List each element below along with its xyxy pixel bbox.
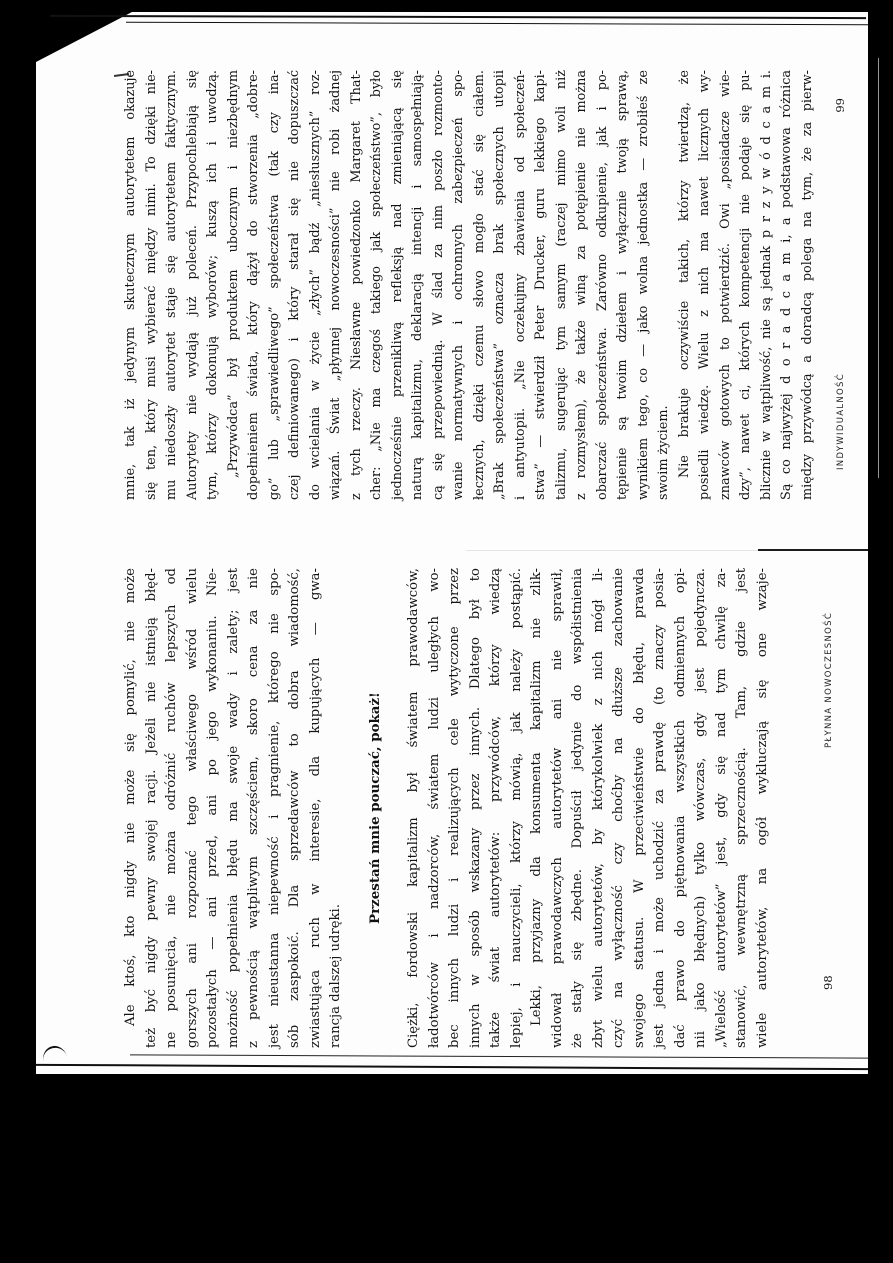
text-line: swoim życiem. (654, 70, 675, 500)
text-line: bec innych ludzi i realizujących cele wy… (445, 568, 466, 1048)
page-98-text-bottom: Ciężki, fordowski kapitalizm był światem… (404, 568, 773, 1048)
text-line: sób zaspokoić. Dla sprzedawców to dobra … (285, 568, 306, 1048)
page-edge-highlight (878, 58, 879, 478)
text-line: nii jako błędnych) tylko wówczas, gdy je… (691, 568, 712, 1048)
text-line: możność popełnienia błędu ma swoje wady … (224, 568, 245, 1048)
text-line: „Wielość autorytetów” jest, gdy się nad … (712, 568, 733, 1048)
text-line: stwa” — stwierdził Peter Drucker, guru l… (531, 70, 552, 500)
text-line: gorszych ani rozpoznać tego właściwego w… (183, 568, 204, 1048)
text-line: do wcielania w życie „złych” bądź „niesł… (306, 70, 327, 500)
text-line: Ciężki, fordowski kapitalizm był światem… (404, 568, 425, 1048)
text-line: tym, którzy dokonują wyborów; kuszą ich … (203, 70, 224, 500)
text-line: ne posunięcia, nie można odróżnić ruchów… (162, 568, 183, 1048)
text-line: zbyt wielu autorytetów, by którykolwiek … (589, 568, 610, 1048)
text-line: stanowić, wewnętrzną sprzecznością. Tam,… (732, 568, 753, 1048)
text-line: cą się przepowiednią. W ślad za nim posz… (429, 70, 450, 500)
text-line: Są co najwyżej d o r a d c a m i, a pods… (777, 70, 798, 500)
running-title: INDYWIDUALNOŚĆ (836, 373, 846, 470)
text-line: Ale ktoś, kto nigdy nie może się pomylić… (121, 568, 142, 1048)
page-99-footer: INDYWIDUALNOŚĆ 99 (833, 70, 849, 500)
text-line: z tych rzeczy. Niesławne powiedzonko Mar… (347, 70, 368, 500)
text-line: „Brak społeczeństwa” oznacza brak społec… (490, 70, 511, 500)
text-line: rancja dalszej udręki. (326, 568, 347, 1048)
text-line: między przywódcą a doradcą polega na tym… (798, 70, 819, 500)
book-spread: mnie, tak iż jedynym skutecznym autoryte… (36, 12, 868, 1074)
text-line: go” lub „sprawiedliwego” społeczeństwa (… (265, 70, 286, 500)
text-line: Lekki, przyjazny dla konsumenta kapitali… (527, 568, 548, 1048)
text-line: że stały się zbędne. Dopuścił jedynie do… (568, 568, 589, 1048)
text-line: pozostałych — ani przed, ani po jego wyk… (203, 568, 224, 1048)
page-corner-shadow (36, 12, 132, 62)
text-line: Nie brakuje oczywiście takich, którzy tw… (675, 70, 696, 500)
text-line: dzy”, nawet ci, których kompetencji nie … (736, 70, 757, 500)
text-line: wiązań. Świat „płynnej nowoczesności” ni… (326, 70, 347, 500)
page-number: 99 (833, 98, 847, 113)
page-99-text: mnie, tak iż jedynym skutecznym autoryte… (121, 70, 818, 500)
text-line: dopełnieniem świata, który dążył do stwo… (244, 70, 265, 500)
text-line: znawców gotowych to potwierdzić. Owi „po… (716, 70, 737, 500)
text-line: się ten, który musi wybierać między nimi… (142, 70, 163, 500)
text-line: cher: „Nie ma czegoś takiego jak społecz… (367, 70, 388, 500)
text-line: czej definiowanego) i który starał się n… (285, 70, 306, 500)
text-line: tępienie są twoim dziełem i wyłącznie tw… (613, 70, 634, 500)
page-99: mnie, tak iż jedynym skutecznym autoryte… (121, 70, 861, 500)
text-line: mnie, tak iż jedynym skutecznym autoryte… (121, 70, 142, 500)
text-line: jednocześnie przenikliwą refleksją nad z… (388, 70, 409, 500)
text-line: wynikiem tego, co — jako wolna jednostka… (634, 70, 655, 500)
text-line: wanie normatywnych i ochronnych zabezpie… (449, 70, 470, 500)
text-line: także świat autorytetów: przywódców, któ… (486, 568, 507, 1048)
page-98-footer: 98 PŁYNNA NOWOCZESNOŚĆ (821, 568, 837, 1048)
bottom-edge-streak (36, 1064, 868, 1070)
text-line: czyć na wyłączność czy choćby na dłuższe… (609, 568, 630, 1048)
text-line: talizmu, sugerując tym samym (raczej mim… (552, 70, 573, 500)
running-title: PŁYNNA NOWOCZESNOŚĆ (824, 612, 834, 748)
text-line: innych w sposób wskazany przez innych. D… (466, 568, 487, 1048)
text-line: i antyutopii. „Nie oczekujmy zbawienia o… (511, 70, 532, 500)
text-line: widował prawodawczych autorytetów ani ni… (548, 568, 569, 1048)
text-line: jest jedna i może uchodzić za prawdę (to… (650, 568, 671, 1048)
text-line: jest nieustanna niepewność i pragnienie,… (265, 568, 286, 1048)
text-line: dać prawo do piętnowania wszystkich odmi… (671, 568, 692, 1048)
text-line: zwiastująca ruch w interesie, dla kupują… (306, 568, 327, 1048)
bottom-edge-streak (130, 1054, 868, 1058)
text-line: mu niedoszły autorytet staje się autoryt… (162, 70, 183, 500)
photo-background: mnie, tak iż jedynym skutecznym autoryte… (0, 0, 893, 1263)
text-line: „Przywódca” był produktem ubocznym i nie… (224, 70, 245, 500)
text-line: wiele autorytetów, na ogół wykluczają si… (753, 568, 774, 1048)
text-line: posiedli wiedzę. Wielu z nich ma nawet l… (695, 70, 716, 500)
gutter-crease (758, 549, 868, 551)
section-heading: Przestań mnie pouczać, pokaż! (365, 568, 386, 1048)
text-line: Autorytety nie wydają już poleceń. Przyp… (183, 70, 204, 500)
text-line: łecznych, dzięki czemu słowo mogło stać … (470, 70, 491, 500)
text-line: z pewnością wątpliwym szczęściem, skoro … (244, 568, 265, 1048)
text-line: swojego statusu. W przeciwieństwie do bł… (630, 568, 651, 1048)
text-line: też być nigdy pewny swojej racji. Jeżeli… (142, 568, 163, 1048)
text-line: ładotwórców i nadzorców, światem ludzi u… (425, 568, 446, 1048)
page-curl-mark (41, 1044, 68, 1065)
text-line: blicznie w wątpliwość, nie są jednak p r… (757, 70, 778, 500)
text-line: lepiej, i nauczycieli, którzy mówią, jak… (507, 568, 528, 1048)
page-number: 98 (821, 975, 835, 990)
text-line: z rozmysłem), że także winą za potępieni… (572, 70, 593, 500)
top-edge-streak (50, 15, 866, 19)
page-98-text-top: Ale ktoś, kto nigdy nie może się pomylić… (121, 568, 347, 1048)
text-line: naturą kapitalizmu, deklaracją intencji … (408, 70, 429, 500)
text-line: obarczać społeczeństwa. Zarówno odkupien… (593, 70, 614, 500)
page-98: Ale ktoś, kto nigdy nie może się pomylić… (121, 568, 851, 1048)
gutter-crease (466, 550, 758, 551)
top-edge-streak (126, 22, 868, 26)
